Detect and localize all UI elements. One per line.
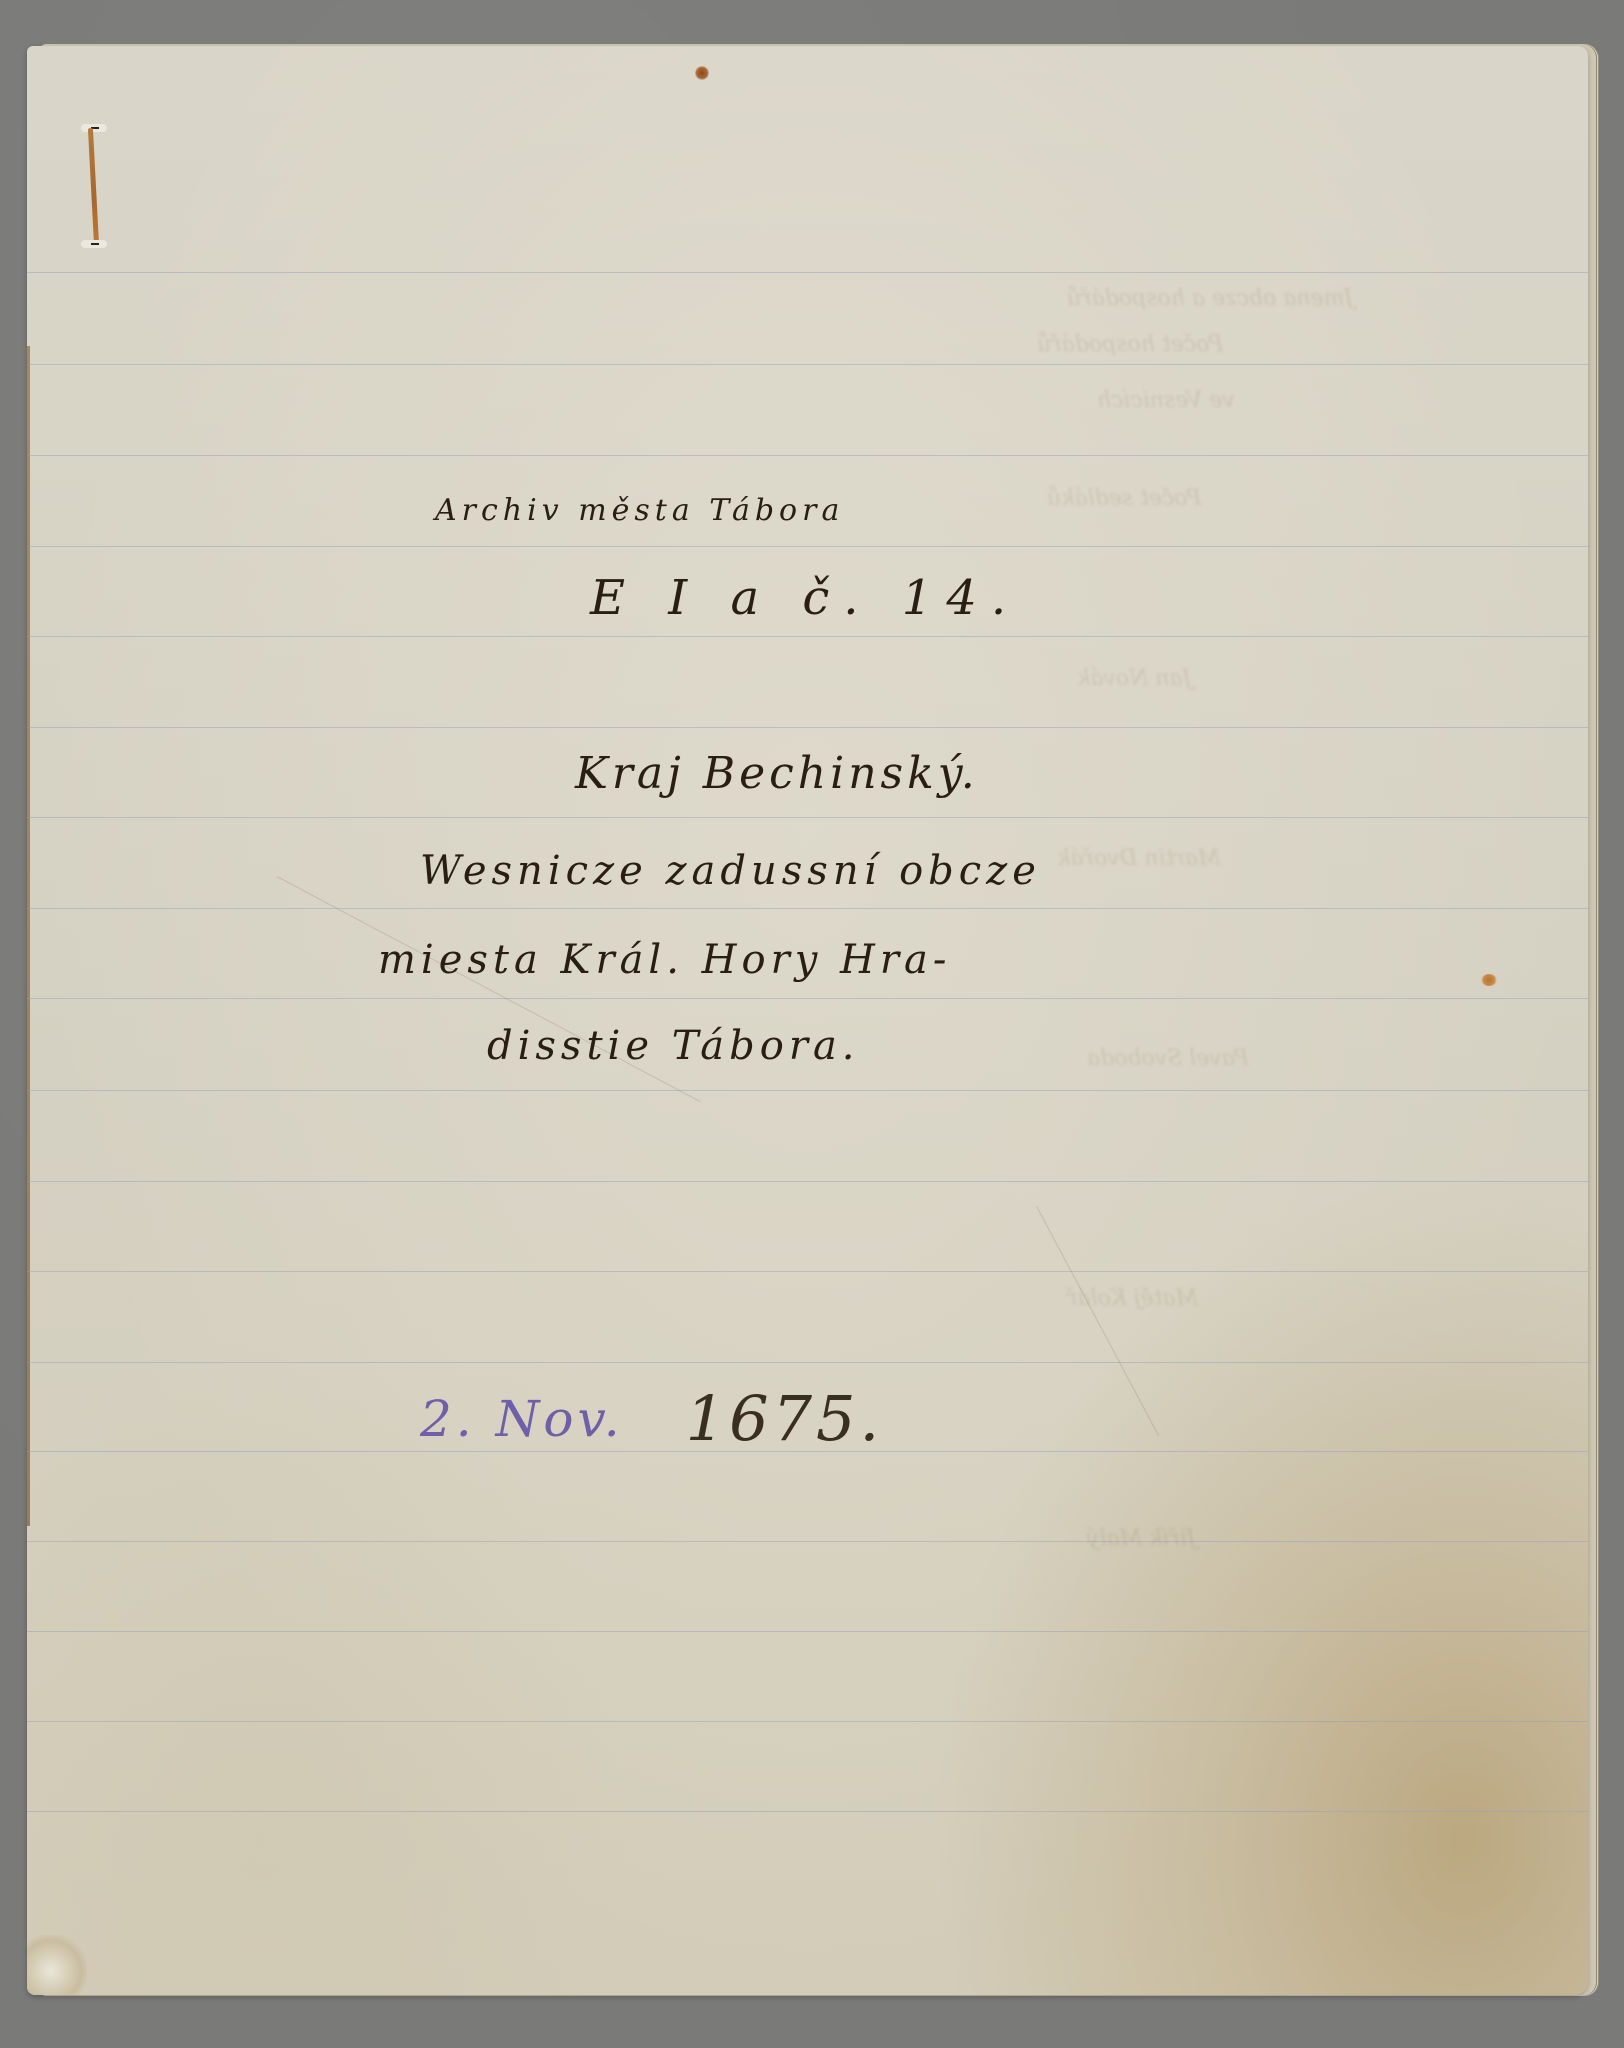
date-year: 1675.	[686, 1382, 884, 1455]
binding-edge	[27, 346, 30, 1526]
ruled-line	[27, 1541, 1588, 1542]
ruled-line	[27, 1362, 1588, 1363]
bleed-through-text: Počet hospodářů	[1037, 332, 1223, 357]
ruled-line	[27, 1721, 1588, 1722]
staple-rust-bar	[88, 128, 99, 246]
region-heading: Kraj Bechinský.	[575, 748, 979, 799]
bleed-through-text: Pavel Svoboda	[1087, 1046, 1249, 1071]
bleed-through-text: Počet sedláků	[1047, 486, 1201, 511]
paper-crease	[1036, 1206, 1159, 1436]
rust-spot	[1481, 974, 1497, 986]
ruled-line	[27, 817, 1588, 818]
ruled-line	[27, 998, 1588, 999]
bleed-through-text: Jiřík Malý	[1087, 1526, 1196, 1551]
ruled-line	[27, 364, 1588, 365]
ruled-line	[27, 1181, 1588, 1182]
date-day-month: 2. Nov.	[420, 1390, 624, 1448]
ruled-line	[27, 1811, 1588, 1812]
torn-corner	[27, 1935, 87, 1995]
ruled-line	[27, 546, 1588, 547]
archive-label: Archiv města Tábora	[435, 493, 844, 528]
bleed-through-text: ve Vesnicích	[1097, 388, 1235, 413]
ruled-line	[27, 272, 1588, 273]
staple-bottom-hole	[81, 240, 107, 248]
document-date: 2. Nov.1675.	[420, 1378, 883, 1451]
notebook-cover-page: Jmena obcze a hospodářů Počet hospodářů …	[27, 46, 1588, 1995]
bleed-through-text: Matěj Kolář	[1067, 1286, 1198, 1311]
ruled-line	[27, 1090, 1588, 1091]
ruled-line	[27, 1271, 1588, 1272]
bleed-through-text: Martin Dvořák	[1057, 846, 1220, 871]
ruled-line	[27, 455, 1588, 456]
rusty-staple	[77, 124, 111, 252]
bleed-through-text: Jmena obcze a hospodářů	[1067, 286, 1353, 311]
title-line-3: disstie Tábora.	[487, 1023, 860, 1069]
staple-top-hole	[81, 124, 107, 132]
ruled-line	[27, 908, 1588, 909]
bleed-through-text: Jan Novák	[1077, 666, 1191, 691]
title-line-1: Wesnicze zadussní obcze	[420, 848, 1041, 894]
title-line-2: miesta Král. Hory Hra-	[378, 937, 951, 983]
archive-signature: E I a č. 14.	[590, 570, 1020, 626]
rust-spot	[695, 66, 709, 80]
ruled-line	[27, 636, 1588, 637]
ruled-line	[27, 727, 1588, 728]
ruled-line	[27, 1631, 1588, 1632]
